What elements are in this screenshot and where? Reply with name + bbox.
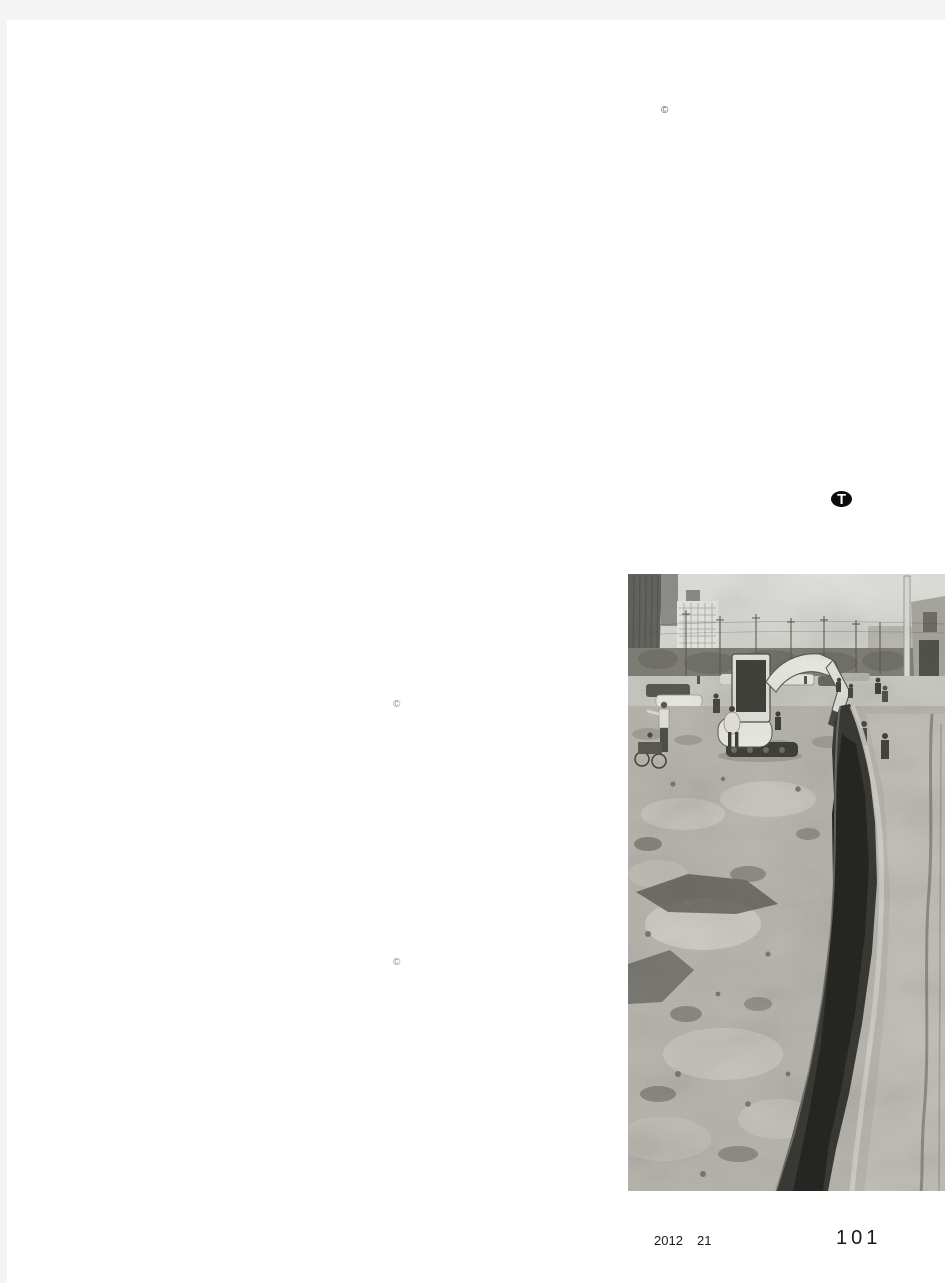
stray-copyright-mark-1: © xyxy=(661,106,668,116)
construction-trench-photo xyxy=(628,574,945,1191)
stray-copyright-mark-2: © xyxy=(393,700,400,710)
publisher-logo-icon: T xyxy=(830,490,853,508)
scan-margin-left xyxy=(0,20,7,1283)
scanned-journal-page: © © © T xyxy=(0,0,945,1283)
footer-year: 2012 xyxy=(654,1233,683,1248)
scan-margin-top xyxy=(0,0,945,20)
footer-page-number: 101 xyxy=(836,1227,881,1250)
footer-issue-number: 21 xyxy=(697,1233,711,1248)
stray-copyright-mark-3: © xyxy=(393,958,400,968)
svg-text:T: T xyxy=(837,492,846,508)
